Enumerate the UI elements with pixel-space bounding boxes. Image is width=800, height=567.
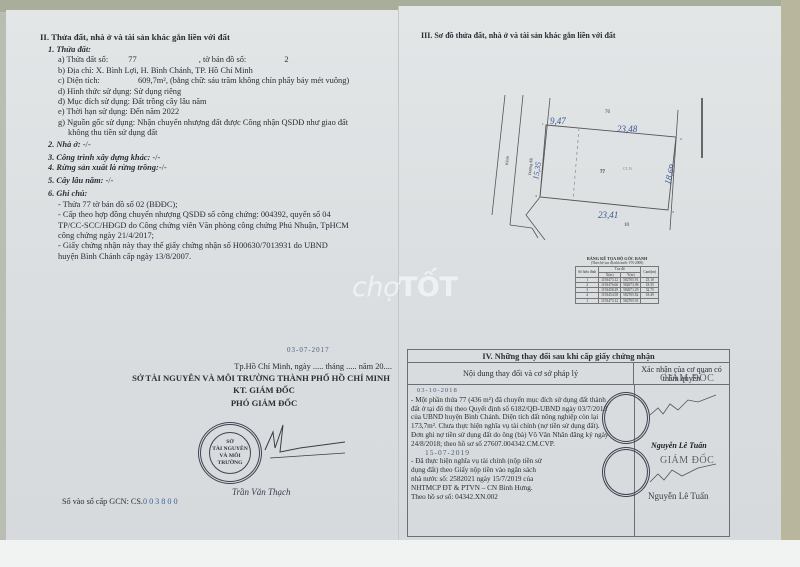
origin-row-2: không thu tiền sử dụng đất [48,128,349,138]
use-form-row: d) Hình thức sử dụng: Sử dụng riêng [48,87,349,97]
on-behalf-title: KT. GIÁM ĐỐC [130,385,398,395]
coordinate-row: 11193473.12582705.91 [576,298,659,303]
issuing-authority: SỞ TÀI NGUYÊN VÀ MÔI TRƯỜNG THÀNH PHỐ HỒ… [124,373,398,383]
coordinate-grid: Số hiệu đỉnh Tọa độ Cạnh(m) X(m)Y(m) 111… [575,266,659,303]
changes-title: IV. Những thay đổi sau khi cấp giấy chứn… [408,350,729,363]
svg-text:76: 76 [605,110,611,115]
use-term-row: e) Thời hạn sử dụng: Đến năm 2022 [48,107,349,117]
map-sheet-number: 2 [284,55,288,64]
svg-text:77: 77 [600,170,606,175]
change-line: dụng đất) theo Giấy nộp tiền vào ngân sá… [411,466,633,475]
origin-row-1: g) Nguồn gốc sử dụng: Nhận chuyển nhượng… [48,118,349,128]
section-3-title: III. Sơ đồ thửa đất, nhà ở và tài sản kh… [421,31,616,40]
parcel-diagram: 76 CLN 77 10 9,47 23,48 18,69 23,41 15,3… [490,70,720,250]
confirm-signature-1 [648,390,718,430]
area-value: 609,7m², (bằng chữ: sáu trăm không chín … [138,76,349,85]
confirm-seal-2 [602,447,650,497]
item-other-construction: 3. Công trình xây dựng khác: -/- [48,153,349,163]
svg-text:9,47: 9,47 [550,116,566,126]
confirm-seal-1 [602,392,650,444]
signature-scribble [255,420,355,465]
chotot-watermark: chợTỐT [352,272,457,303]
parcel-label: a) Thửa đất số: [58,55,108,64]
confirm-signer-script: Nguyễn Lê Tuấn [651,441,707,450]
svg-text:Kênh: Kênh [504,156,510,165]
section-2-title: II. Thửa đất, nhà ở và tài sản khác gắn … [40,32,230,42]
change-date-2: 15-07-2019 [411,449,633,458]
coordinate-row: 41193454.58582705.8218.49 [576,293,659,298]
notes-heading: 6. Ghi chú: [48,189,349,199]
note-line: - Thửa 77 tờ bản đồ số 02 (BĐĐC); [48,200,349,210]
change-line: đất ở tại đô thị theo Quyết định số 6182… [411,405,633,414]
change-line: - Đã thực hiện nghĩa vụ tài chính (nộp t… [411,457,633,466]
land-heading: 1. Thửa đất: [48,45,349,55]
background-right-edge [781,0,800,567]
change-line: - Một phần thửa 77 (436 m²) đã chuyển mụ… [411,396,633,405]
item-perennial-trees: 5. Cây lâu năm: -/- [48,176,349,186]
svg-text:2: 2 [680,137,682,141]
svg-text:3: 3 [672,210,674,214]
area-label: c) Diện tích: [58,76,100,85]
coordinate-row: 21193476.66582673.0818.35 [576,283,659,288]
parcel-number: 77 [128,55,136,64]
change-line: Đơn ghi nợ tiền sử dụng đất do ông (bà) … [411,431,633,440]
change-line: NHTMCP ĐT & PTVN – CN Bình Hưng. [411,484,633,493]
change-line: của UBND huyện Bình Chánh. Diện tích đất… [411,413,633,422]
svg-text:23,41: 23,41 [598,210,618,220]
change-line: Theo hồ sơ số: 04342.XN.002 [411,493,633,502]
svg-text:18,69: 18,69 [662,163,677,186]
svg-text:4: 4 [535,194,537,198]
note-line: công chứng ngày 21/4/2017; [48,231,349,241]
signature-block: Tp.Hồ Chí Minh, ngày ..... tháng ..... n… [130,345,398,408]
gcn-register-number: Số vào sổ cấp GCN: CS.003800 [62,497,180,506]
svg-text:CLN: CLN [623,166,633,171]
coordinate-row: 11193473.12582705.9123.10 [576,277,659,282]
item-planted-forest: 4. Rừng sản xuất là rừng trồng:-/- [48,163,349,173]
svg-text:1: 1 [542,122,544,126]
parcel-row: a) Thửa đất số: 77 , tờ bản đồ số: 2 [48,55,349,65]
change-date-1: 03-10-2018 [411,387,633,396]
confirm-title-1: GIÁM ĐỐC [660,373,714,384]
svg-text:10: 10 [624,223,630,228]
note-line: huyện Bình Chánh cấp ngày 13/8/2007. [48,252,349,262]
change-line: 173,7m². Chưa thực hiện nghĩa vụ tài chí… [411,422,633,431]
change-line: nhà nước số: 2582021 ngày 15/7/2019 của [411,475,633,484]
background-bottom [0,540,800,567]
date-line: Tp.Hồ Chí Minh, ngày ..... tháng ..... n… [130,362,398,371]
map-sheet-label: , tờ bản đồ số: [199,55,246,64]
address-row: b) Địa chỉ: X. Bình Lợi, H. Bình Chánh, … [48,66,349,76]
confirm-signer-name: Nguyễn Lê Tuấn [648,491,709,501]
note-line: - Cấp theo hợp đồng chuyển nhượng QSDĐ s… [48,210,349,220]
signer-position: PHÓ GIÁM ĐỐC [130,398,398,408]
land-details: 1. Thửa đất: a) Thửa đất số: 77 , tờ bản… [48,45,349,262]
col-content-header: Nội dung thay đổi và cơ sở pháp lý [408,363,634,384]
coordinate-table: BẢNG KÊ TỌA ĐỘ GÓC RANH (Theo hệ tọa độ … [575,257,659,304]
confirm-signature-2 [648,462,718,492]
official-seal: SỞ TÀI NGUYÊN VÀ MÔI TRƯỜNG [198,422,262,484]
signer-name: Trần Văn Thạch [232,487,291,497]
note-line: TP/CC-SCC/HĐGD do Công chứng viên Văn ph… [48,221,349,231]
area-row: c) Diện tích: 609,7m², (bằng chữ: sáu tr… [48,76,349,86]
svg-text:23,48: 23,48 [617,124,638,134]
note-line: - Giấy chứng nhận này thay thế giấy chứn… [48,241,349,251]
item-house: 2. Nhà ở: -/- [48,140,349,150]
changes-content: 03-10-2018 - Một phần thửa 77 (436 m²) đ… [411,387,633,501]
use-purpose-row: đ) Mục đích sử dụng: Đất trồng cây lâu n… [48,97,349,107]
coordinate-row: 31193458.29582671.2932.75 [576,288,659,293]
